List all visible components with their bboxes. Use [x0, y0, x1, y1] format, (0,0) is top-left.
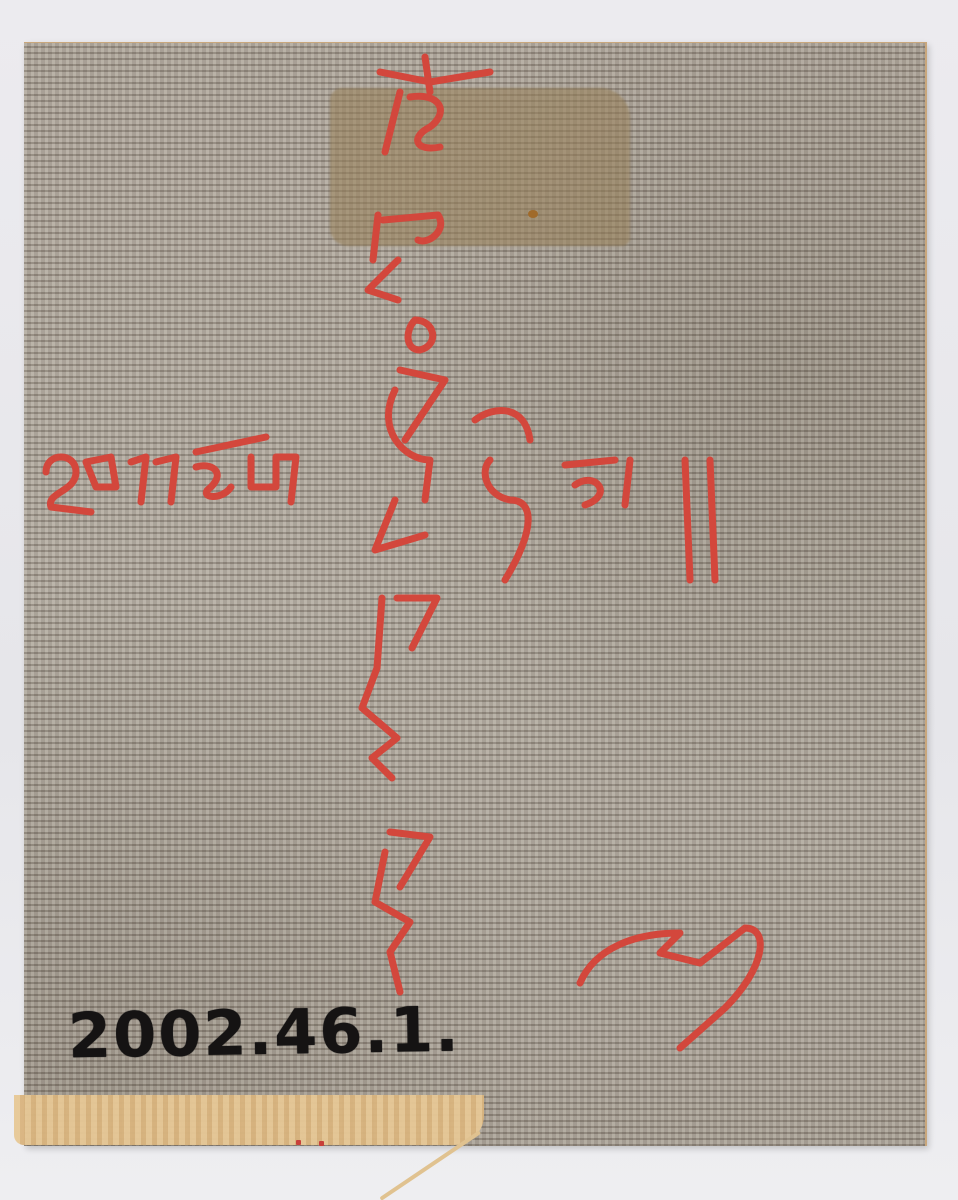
red-syllable-top — [370, 52, 500, 162]
red-syllable-4 — [352, 588, 462, 788]
red-syllable-3 — [355, 310, 465, 570]
accession-number: 2002.46.1. — [67, 993, 461, 1073]
pigment-fleck — [319, 1141, 324, 1146]
stain-spot — [528, 210, 538, 218]
red-word-left — [36, 432, 306, 522]
red-mark-bottom-right — [575, 908, 775, 1058]
frayed-fabric-edge — [14, 1095, 484, 1145]
red-syllable-5 — [360, 822, 460, 1012]
pigment-fleck — [296, 1140, 301, 1145]
red-syllable-2 — [348, 200, 468, 310]
red-word-right — [465, 400, 725, 590]
